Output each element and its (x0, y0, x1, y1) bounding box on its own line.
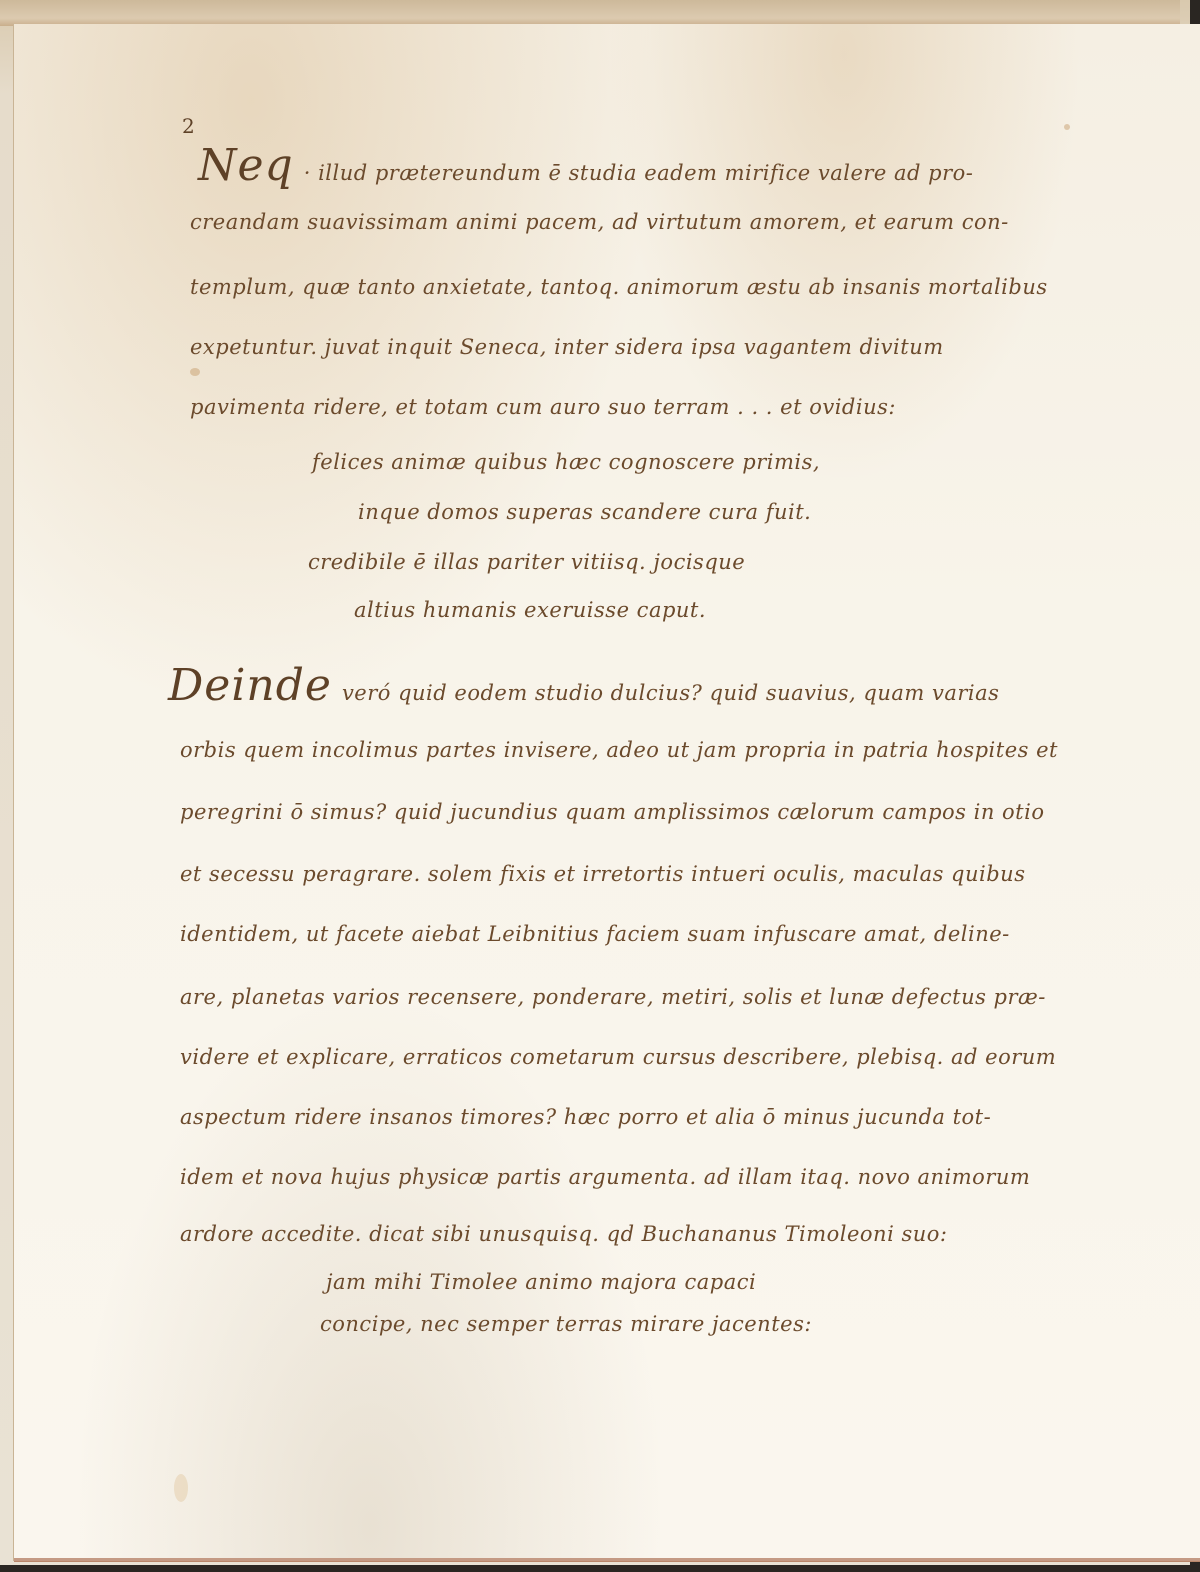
drop-initial: Deinde (168, 660, 332, 711)
text-line: identidem, ut facete aiebat Leibnitius f… (180, 922, 1010, 946)
ink-spot (1064, 124, 1070, 130)
verse-line: credibile ē illas pariter vitiisq. jocis… (308, 550, 745, 574)
text-line: templum, quæ tanto anxietate, tantoq. an… (190, 275, 1048, 299)
verse-line: felices animæ quibus hæc cognoscere prim… (312, 450, 820, 474)
text-line: idem et nova hujus physicæ partis argume… (180, 1165, 1030, 1189)
drop-initial: Neq (198, 140, 294, 191)
text-line: pavimenta ridere, et totam cum auro suo … (190, 395, 896, 419)
page-number: 2 (182, 114, 195, 138)
text-line: et secessu peragrare. solem fixis et irr… (180, 862, 1025, 886)
text-line: aspectum ridere insanos timores? hæc por… (180, 1105, 991, 1129)
text-line: are, planetas varios recensere, ponderar… (180, 985, 1046, 1009)
text-line: Deindeveró quid eodem studio dulcius? qu… (168, 660, 999, 711)
text-line: orbis quem incolimus partes invisere, ad… (180, 738, 1058, 762)
text-line: peregrini ō simus? quid jucundius quam a… (180, 800, 1044, 824)
verse-line: inque domos superas scandere cura fuit. (358, 500, 811, 524)
stain-spot (174, 1474, 188, 1502)
text-line: expetuntur. juvat inquit Seneca, inter s… (190, 335, 944, 359)
text-line: ardore accedite. dicat sibi unusquisq. q… (180, 1222, 948, 1246)
verse-line: concipe, nec semper terras mirare jacent… (320, 1312, 812, 1336)
text-line: videre et explicare, erraticos cometarum… (180, 1045, 1056, 1069)
line-text: · illud prætereundum ē studia eadem miri… (304, 161, 974, 185)
verse-line: jam mihi Timolee animo majora capaci (326, 1270, 756, 1294)
line-text: veró quid eodem studio dulcius? quid sua… (342, 681, 999, 705)
ink-spot (190, 368, 200, 376)
text-line: Neq· illud prætereundum ē studia eadem m… (198, 140, 973, 191)
text-line: creandam suavissimam animi pacem, ad vir… (190, 210, 1009, 234)
backing-top-edge (0, 0, 1180, 26)
verse-line: altius humanis exeruisse caput. (354, 598, 706, 622)
